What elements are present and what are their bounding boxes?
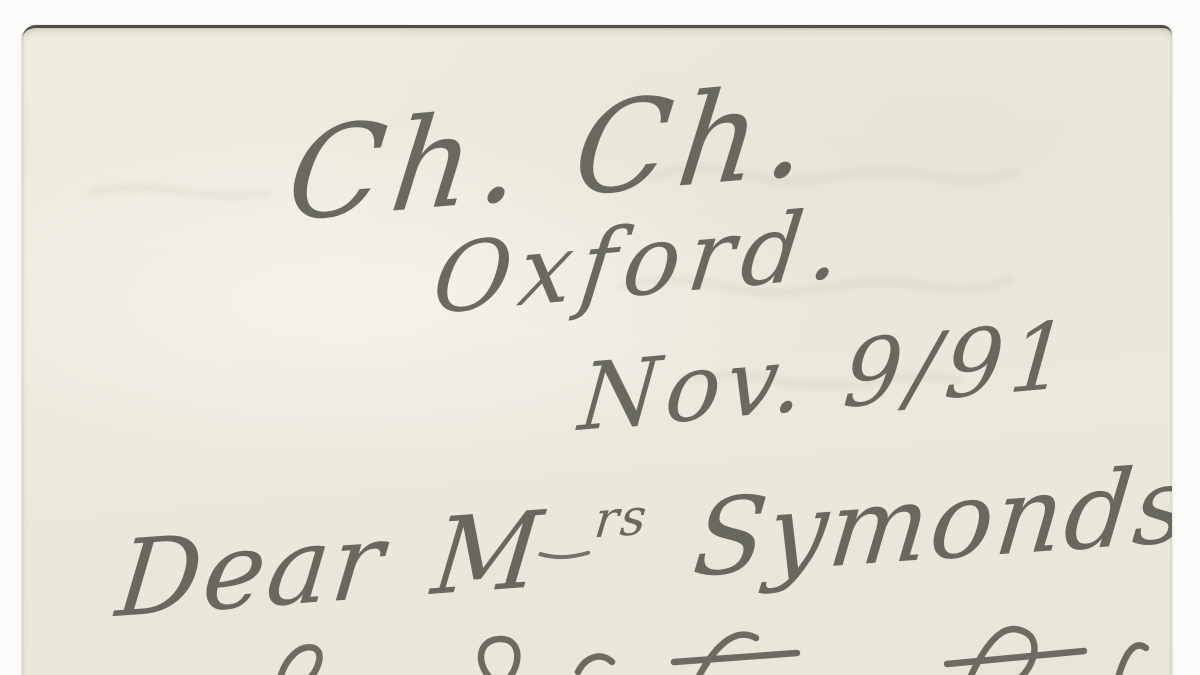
photo-background: Ch. Ch. Oxford. Nov. 9/91 Dear M rs Symo… [0, 0, 1200, 675]
salutation-suffix: Symonds, [688, 440, 1172, 600]
show-through-stroke [92, 187, 267, 195]
handwriting-layer: Ch. Ch. Oxford. Nov. 9/91 Dear M rs Symo… [22, 28, 1172, 675]
ink-stroke-fragment [1118, 645, 1146, 675]
ink-stroke-fragment [280, 647, 320, 675]
ink-stroke-fragment [970, 629, 1034, 675]
ink-stroke-fragment [481, 639, 517, 675]
ink-stroke-fragment [578, 657, 612, 672]
salutation-superscript: rs [592, 487, 652, 550]
heading-date-line: Nov. 9/91 [573, 300, 1079, 452]
letter-paper: Ch. Ch. Oxford. Nov. 9/91 Dear M rs Symo… [22, 25, 1172, 675]
ink-stroke-fragment [674, 653, 797, 662]
ink-stroke-fragment [947, 651, 1084, 664]
partial-body-line [280, 629, 1146, 675]
salutation-prefix: Dear M [109, 488, 549, 641]
heading-date-text: Nov. 9/91 [573, 300, 1079, 452]
